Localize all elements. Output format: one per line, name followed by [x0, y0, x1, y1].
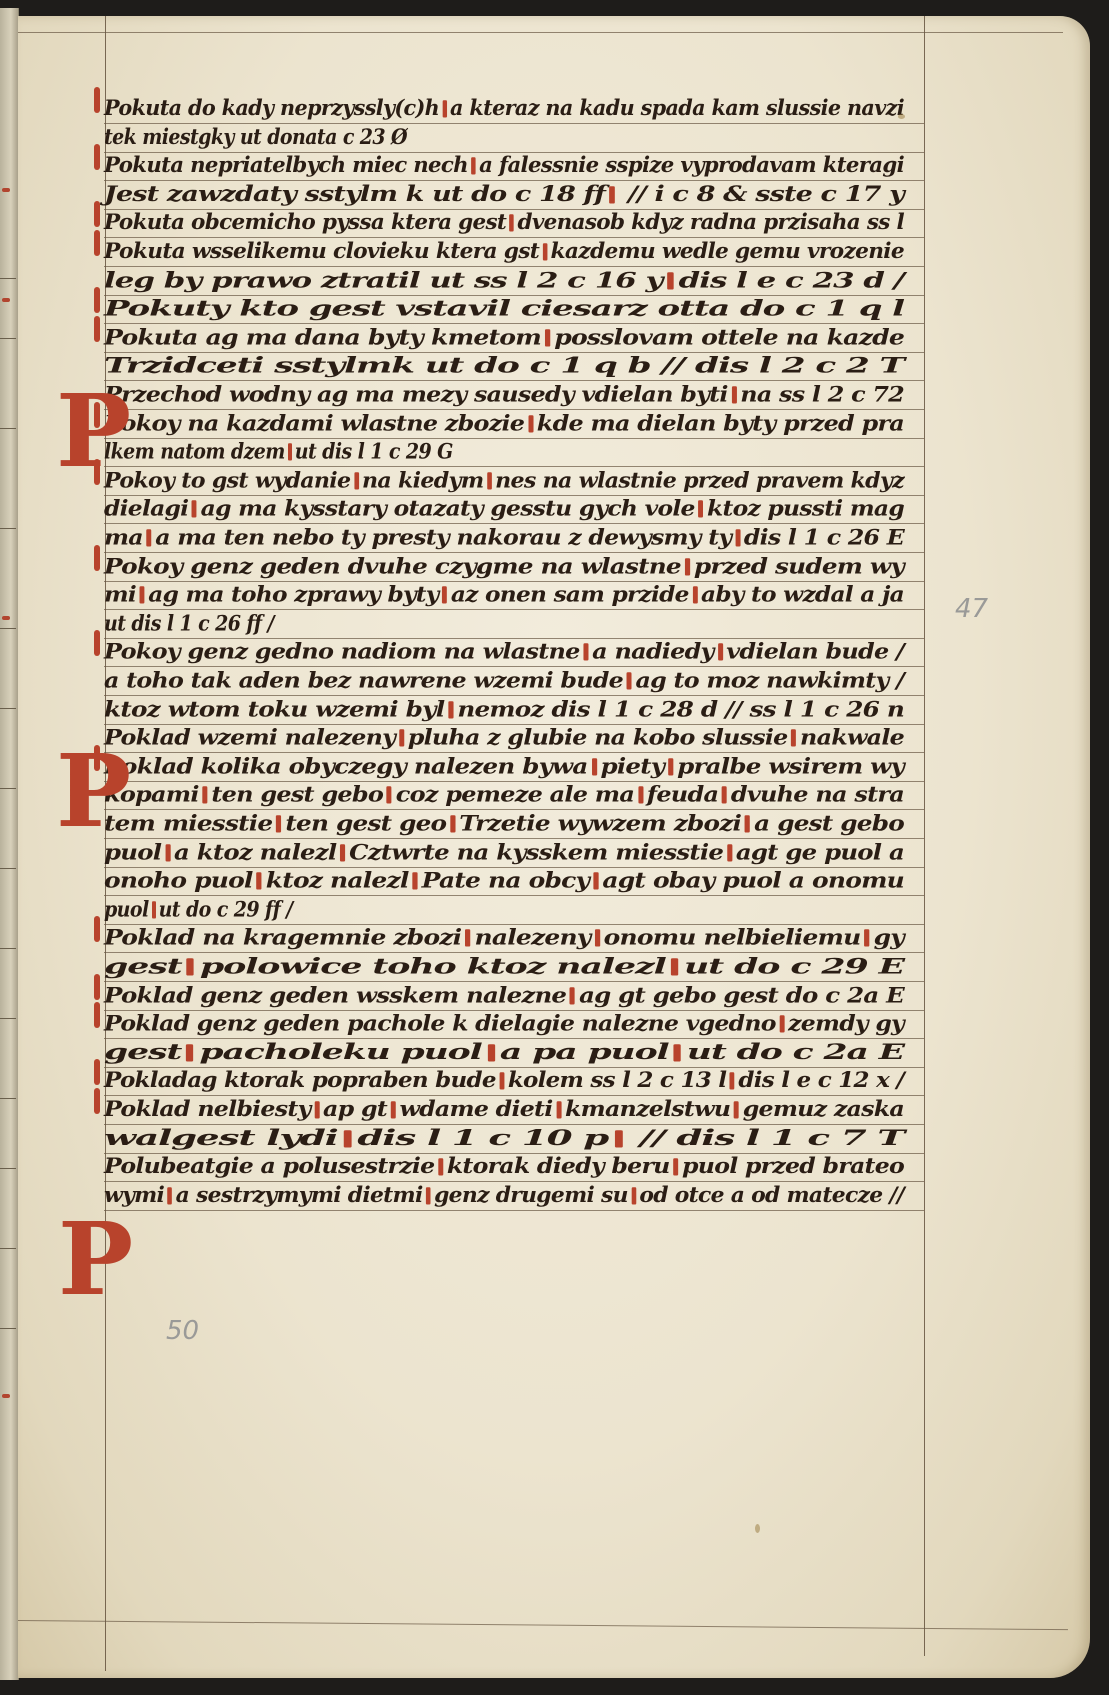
rubric-stroke	[692, 586, 697, 603]
decorated-initial-p: P	[56, 386, 131, 476]
rubric-stroke	[152, 901, 156, 918]
entry-line: Pokuta wsselikemu clovieku ktera gstkazd…	[104, 239, 904, 264]
rubric-stroke	[471, 157, 475, 174]
entry-line: Poklad genz geden pachole k dielagie nal…	[104, 1011, 904, 1036]
rubric-stroke	[570, 987, 575, 1004]
rubric-stroke	[192, 501, 197, 518]
rubric-stroke	[426, 1187, 431, 1204]
rubric-stroke	[591, 758, 596, 775]
rubric-stroke	[731, 386, 736, 403]
rubric-stroke	[864, 930, 869, 947]
text-line: wymia sestrzymymi dietmigenz drugemi suo…	[104, 1182, 904, 1207]
rubric-stroke	[465, 930, 470, 947]
rubric-stroke	[614, 1130, 622, 1147]
rubric-stroke	[442, 100, 446, 117]
entry-line: Pokladag ktorak popraben budekolem ss l …	[104, 1068, 904, 1093]
folio-number: 47	[955, 594, 988, 624]
rubric-stroke	[487, 1044, 494, 1061]
rubric-stroke	[698, 501, 703, 518]
rubric-stroke	[399, 729, 404, 746]
rubric-stroke	[438, 1158, 443, 1175]
decorated-initial-p: P	[58, 1214, 133, 1304]
entry-line: Pokoy genz gedno nadiom na wlastnea nadi…	[104, 639, 904, 664]
text-line: leg by prawo ztratil ut ss l 2 c 16 ydis…	[104, 267, 904, 292]
rubric-stroke	[344, 1130, 352, 1147]
text-line: walgest lydidis l 1 c 10 p // dis l 1 c …	[104, 1125, 904, 1150]
rubric-stroke	[140, 586, 145, 603]
entry-line: Pokuta obcemicho pyssa ktera gestdvenaso…	[104, 210, 904, 235]
decorated-initial-p: P	[56, 746, 131, 836]
rubric-stroke	[450, 815, 455, 832]
rubric-stroke	[556, 1101, 561, 1118]
text-line: miag ma toho zprawy bytyaz onen sam przi…	[104, 582, 904, 607]
rubric-stroke	[510, 215, 515, 232]
rubric-stroke	[276, 815, 281, 832]
text-line: puolut do c 29 ff /	[104, 896, 293, 921]
adjacent-folio-edge	[0, 8, 19, 1680]
entry-line: Poklad nelbiestyap gtwdame dietikmanzels…	[104, 1097, 904, 1122]
rubric-stroke	[671, 958, 678, 975]
rubric-stroke	[543, 243, 548, 260]
bottom-ruling	[18, 1620, 1068, 1630]
text-line: gestpacholeku puola pa puolut do c 2a E	[104, 1039, 904, 1064]
rubric-stroke	[442, 586, 447, 603]
text-line: lkem natom dzemut dis l 1 c 29 G	[104, 439, 453, 464]
rubric-stroke	[717, 644, 722, 661]
rubric-stroke	[340, 844, 345, 861]
rubric-stroke	[391, 1101, 396, 1118]
entry-line: Polubeatgie a polusestrziektorak diedy b…	[104, 1154, 904, 1179]
rubric-stroke	[668, 758, 673, 775]
rubric-stroke	[314, 1101, 319, 1118]
rubric-stroke	[387, 787, 392, 804]
rubric-stroke	[288, 443, 292, 460]
entry-line: Pokuta ag ma dana byty kmetomposslovam o…	[104, 324, 904, 349]
text-line: ut dis l 1 c 26 ff /	[104, 610, 274, 635]
stain	[755, 1524, 760, 1533]
rubric-stroke	[791, 729, 796, 746]
rubric-stroke	[168, 1187, 173, 1204]
rubric-stroke	[448, 701, 453, 718]
rubric-stroke	[734, 1101, 739, 1118]
rubric-stroke	[593, 872, 598, 889]
rubric-stroke	[203, 787, 208, 804]
rubric-stroke	[487, 472, 492, 489]
rubric-stroke	[727, 844, 732, 861]
entry-line: Przechod wodny ag ma mezy sausedy vdiela…	[104, 382, 904, 407]
rubric-stroke	[735, 529, 740, 546]
text-line: Trzidceti sstylmk ut do c 1 q b // dis l…	[104, 353, 904, 378]
rubric-stroke	[730, 1073, 735, 1090]
text-line: a toho tak aden bez nawrene wzemi budeag…	[104, 668, 904, 693]
text-line: Jest zawzdaty sstylm k ut do c 18 ff // …	[104, 181, 904, 206]
top-ruling	[18, 32, 1063, 33]
rubric-stroke	[257, 872, 262, 889]
entry-line: Pokuty kto gest vstavil ciesarz otta do …	[104, 296, 904, 321]
entry-line: Pokoy na kazdami wlastne zboziekde ma di…	[104, 410, 904, 435]
rubric-stroke	[594, 930, 599, 947]
entry-line: Pokoy genz geden dvuhe czygme na wlastne…	[104, 553, 904, 578]
rubric-stroke	[779, 1015, 784, 1032]
text-line: puola ktoz nalezlCztwrte na kysskem mies…	[104, 839, 904, 864]
entry-line: Poklad wzemi nalezenypluha z glubie na k…	[104, 725, 904, 750]
entry-line: Poklad na kragemnie zbozinalezenyonomu n…	[104, 925, 904, 950]
rubric-stroke	[667, 272, 673, 289]
rubric-stroke	[722, 787, 727, 804]
text-line: gestpolowice toho ktoz nalezlut do c 29 …	[104, 954, 904, 979]
rubric-stroke	[165, 844, 170, 861]
entry-line: Pokoy to gst wydaniena kiedymnes na wlas…	[104, 467, 904, 492]
rubric-stroke	[745, 815, 750, 832]
rubric-stroke	[354, 472, 359, 489]
rubric-stroke	[583, 644, 588, 661]
rubric-stroke	[609, 186, 615, 203]
text-line: maa ma ten nebo ty presty nakorau z dewy…	[104, 525, 904, 550]
rubric-stroke	[545, 329, 550, 346]
entry-line: Poklad genz geden wsskem nalezneag gt ge…	[104, 982, 904, 1007]
rubric-stroke	[627, 672, 632, 689]
rubric-stroke	[499, 1073, 504, 1090]
right-margin-ruling	[924, 16, 925, 1656]
entry-line: Poklad kolika obyczegy nalezen bywapiety…	[104, 753, 904, 778]
rubric-stroke	[685, 558, 690, 575]
pencil-note: 50	[166, 1316, 199, 1346]
entry-line: Pokuta nepriatelbych miec necha falessni…	[104, 153, 904, 178]
text-line: dielagiag ma kysstary otazaty gesstu gyc…	[104, 496, 904, 521]
ruling-line	[104, 1210, 924, 1211]
text-line: onoho puolktoz nalezlPate na obcyagt oba…	[104, 868, 904, 893]
rubric-stroke	[147, 529, 152, 546]
manuscript-page: Pokuta do kady neprzyssly(c)ha kteraz na…	[18, 16, 1090, 1678]
rubric-stroke	[412, 872, 417, 889]
rubric-stroke	[638, 787, 643, 804]
rubric-stroke	[528, 415, 533, 432]
text-line: tem miesstieten gest geoTrzetie wywzem z…	[104, 811, 904, 836]
stain	[898, 114, 905, 119]
rubric-stroke	[673, 1158, 678, 1175]
text-line: ktoz wtom toku wzemi bylnemoz dis l 1 c …	[104, 696, 904, 721]
rubric-stroke	[674, 1044, 681, 1061]
entry-line: Pokuta do kady neprzyssly(c)ha kteraz na…	[104, 96, 904, 121]
rubric-stroke	[631, 1187, 636, 1204]
rubric-stroke	[187, 1044, 194, 1061]
text-line: tek miestgky ut donata c 23 Ø	[104, 124, 407, 149]
rubric-stroke	[187, 958, 194, 975]
text-line: kopamiten gest gebocoz pemeze ale mafeud…	[104, 782, 904, 807]
